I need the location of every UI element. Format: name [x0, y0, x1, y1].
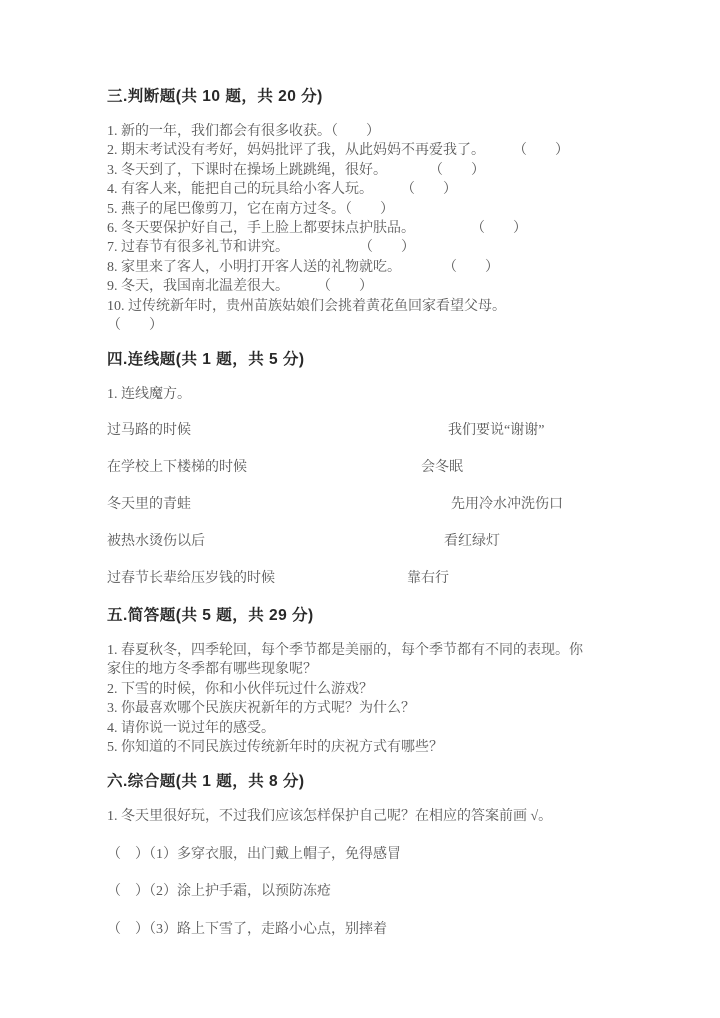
- comprehensive-option-list: （ ）（1）多穿衣服，出门戴上帽子，免得感冒 （ ）（2）涂上护手霜，以预防冻疮…: [107, 845, 617, 939]
- comprehensive-intro: 1. 冬天里很好玩，不过我们应该怎样保护自己呢？在相应的答案前画 √。: [107, 807, 617, 826]
- short-answer-question-2: 2. 下雪的时候，你和小伙伴玩过什么游戏？: [107, 680, 617, 699]
- judgment-question-9: 9. 冬天，我国南北温差很大。 （ ）: [107, 277, 617, 296]
- judgment-question-list: 1. 新的一年，我们都会有很多收获。（ ） 2. 期末考试没有考好，妈妈批评了我…: [107, 122, 617, 335]
- exam-paper-page: 三.判断题(共 10 题，共 20 分) 1. 新的一年，我们都会有很多收获。（…: [0, 0, 720, 1018]
- section-short-answer-heading: 五.简答题(共 5 题，共 29 分): [107, 606, 617, 626]
- matching-right-item: 靠右行: [407, 569, 449, 588]
- matching-subtitle: 1. 连线魔方。: [107, 385, 617, 404]
- comprehensive-option-3: （ ）（3）路上下雪了，走路小心点，别摔着: [107, 920, 617, 939]
- matching-right-item: 我们要说“谢谢”: [448, 421, 544, 440]
- matching-left-item: 过春节长辈给压岁钱的时候: [107, 569, 275, 588]
- comprehensive-option-1: （ ）（1）多穿衣服，出门戴上帽子，免得感冒: [107, 845, 617, 864]
- matching-pair-2: 在学校上下楼梯的时候 会冬眠: [107, 458, 617, 477]
- matching-left-item: 过马路的时候: [107, 421, 191, 440]
- comprehensive-option-2: （ ）（2）涂上护手霜，以预防冻疮: [107, 882, 617, 901]
- short-answer-question-3: 3. 你最喜欢哪个民族庆祝新年的方式呢？为什么？: [107, 699, 617, 718]
- matching-right-item: 先用冷水冲洗伤口: [451, 495, 563, 514]
- matching-right-item: 会冬眠: [421, 458, 463, 477]
- matching-left-item: 冬天里的青蛙: [107, 495, 191, 514]
- matching-pair-1: 过马路的时候 我们要说“谢谢”: [107, 421, 617, 440]
- judgment-question-2: 2. 期末考试没有考好，妈妈批评了我，从此妈妈不再爱我了。 （ ）: [107, 141, 617, 160]
- judgment-question-3: 3. 冬天到了，下课时在操场上跳跳绳，很好。 （ ）: [107, 161, 617, 180]
- judgment-question-10: 10. 过传统新年时，贵州苗族姑娘们会挑着黄花鱼回家看望父母。: [107, 297, 617, 316]
- judgment-question-1: 1. 新的一年，我们都会有很多收获。（ ）: [107, 122, 617, 141]
- judgment-question-4: 4. 有客人来，能把自己的玩具给小客人玩。 （ ）: [107, 180, 617, 199]
- section-short-answer: 五.简答题(共 5 题，共 29 分) 1. 春夏秋冬，四季轮回，每个季节都是美…: [107, 606, 617, 757]
- judgment-question-6: 6. 冬天要保护好自己，手上脸上都要抹点护肤品。 （ ）: [107, 219, 617, 238]
- judgment-question-7: 7. 过春节有很多礼节和讲究。 （ ）: [107, 238, 617, 257]
- short-answer-question-1-line-2: 家住的地方冬季都有哪些现象呢？: [107, 660, 617, 679]
- matching-right-item: 看红绿灯: [444, 532, 500, 551]
- short-answer-question-5: 5. 你知道的不同民族过传统新年时的庆祝方式有哪些？: [107, 738, 617, 757]
- matching-pair-list: 过马路的时候 我们要说“谢谢” 在学校上下楼梯的时候 会冬眠 冬天里的青蛙 先用…: [107, 421, 617, 588]
- section-comprehensive: 六.综合题(共 1 题，共 8 分) 1. 冬天里很好玩，不过我们应该怎样保护自…: [107, 772, 617, 939]
- matching-pair-4: 被热水烫伤以后 看红绿灯: [107, 532, 617, 551]
- matching-pair-3: 冬天里的青蛙 先用冷水冲洗伤口: [107, 495, 617, 514]
- matching-pair-5: 过春节长辈给压岁钱的时候 靠右行: [107, 569, 617, 588]
- page-content: 三.判断题(共 10 题，共 20 分) 1. 新的一年，我们都会有很多收获。（…: [107, 87, 617, 957]
- judgment-question-8: 8. 家里来了客人，小明打开客人送的礼物就吃。 （ ）: [107, 258, 617, 277]
- short-answer-question-list: 1. 春夏秋冬，四季轮回，每个季节都是美丽的，每个季节都有不同的表现。你 家住的…: [107, 641, 617, 757]
- section-judgment: 三.判断题(共 10 题，共 20 分) 1. 新的一年，我们都会有很多收获。（…: [107, 87, 617, 335]
- section-matching-heading: 四.连线题(共 1 题，共 5 分): [107, 350, 617, 370]
- matching-left-item: 被热水烫伤以后: [107, 532, 205, 551]
- short-answer-question-4: 4. 请你说一说过年的感受。: [107, 719, 617, 738]
- short-answer-question-1-line-1: 1. 春夏秋冬，四季轮回，每个季节都是美丽的，每个季节都有不同的表现。你: [107, 641, 617, 660]
- section-judgment-heading: 三.判断题(共 10 题，共 20 分): [107, 87, 617, 107]
- judgment-answer-blank: （ ）: [107, 316, 617, 335]
- section-comprehensive-heading: 六.综合题(共 1 题，共 8 分): [107, 772, 617, 792]
- judgment-question-5: 5. 燕子的尾巴像剪刀，它在南方过冬。（ ）: [107, 200, 617, 219]
- section-matching: 四.连线题(共 1 题，共 5 分) 1. 连线魔方。 过马路的时候 我们要说“…: [107, 350, 617, 587]
- matching-left-item: 在学校上下楼梯的时候: [107, 458, 247, 477]
